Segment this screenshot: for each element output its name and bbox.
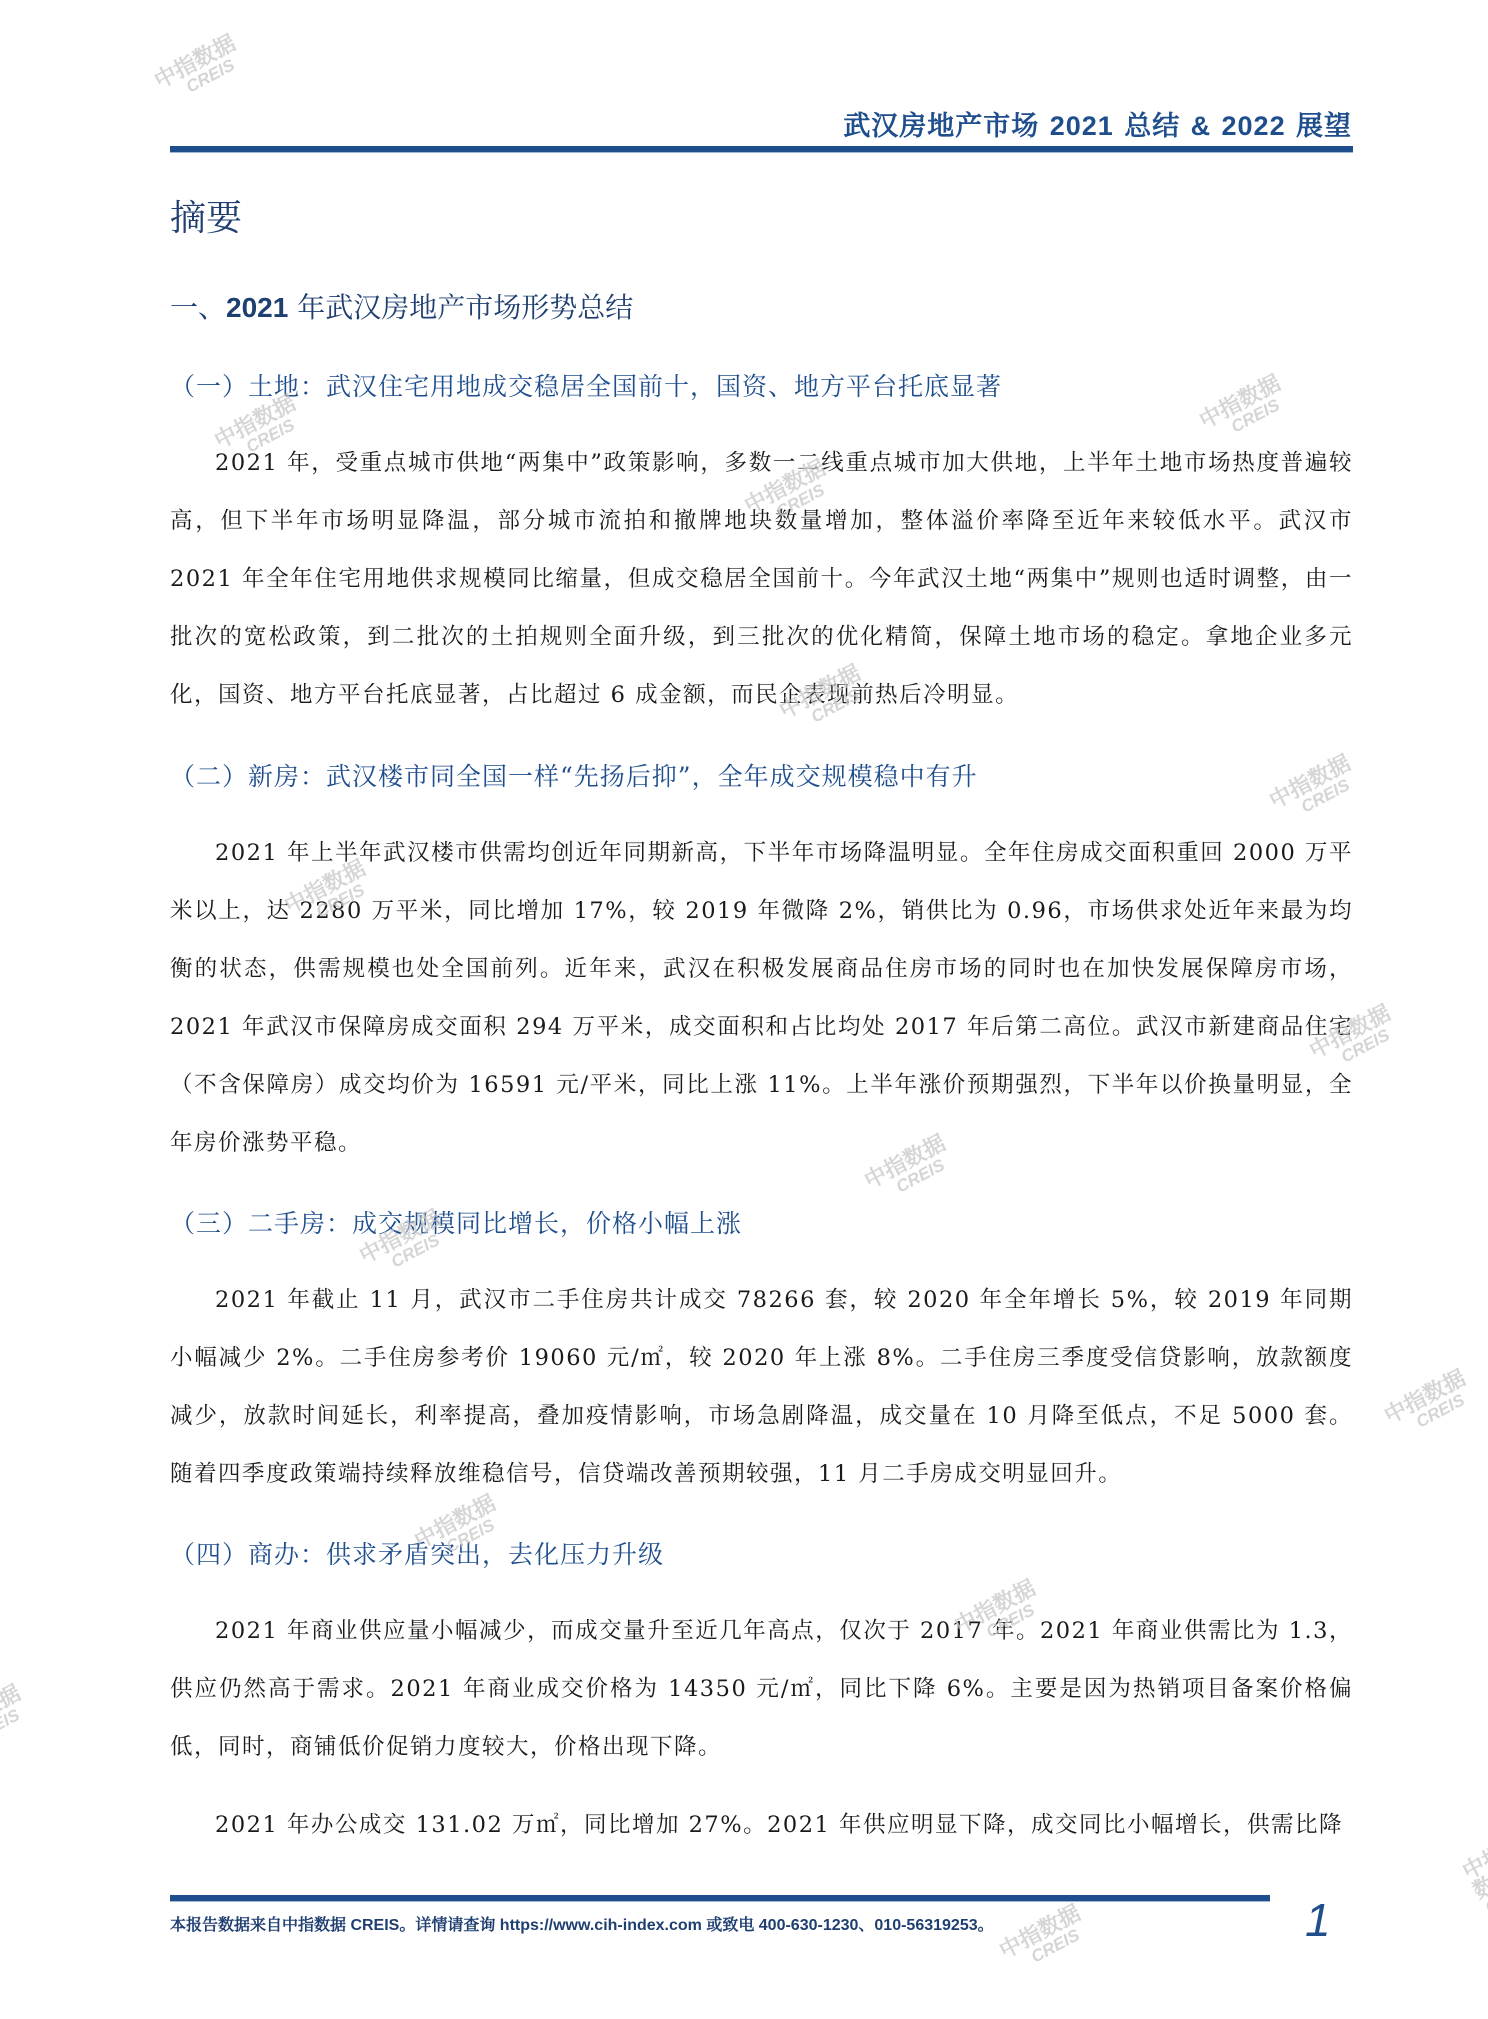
header-divider (170, 146, 1353, 152)
header-year-2021: 2021 (1050, 111, 1114, 141)
watermark-logo: 中指数据CREIS (1266, 752, 1362, 828)
section-year: 2021 (226, 292, 288, 323)
subsection-heading-resale: （三）二手房：成交规模同比增长，价格小幅上涨 (170, 1204, 742, 1240)
paragraph-new-homes: 2021 年上半年武汉楼市供需均创近年同期新高，下半年市场降温明显。全年住房成交… (170, 824, 1353, 1172)
footer-divider (170, 1895, 1270, 1901)
paragraph-land: 2021 年，受重点城市供地“两集中”政策影响，多数一二线重点城市加大供地，上半… (170, 434, 1353, 724)
page-number: 1 (1305, 1893, 1331, 1947)
watermark-logo: 中指数据CREIS (996, 1902, 1092, 1978)
subsection-heading-commercial-office: （四）商办：供求矛盾突出，去化压力升级 (170, 1535, 664, 1571)
header-ampersand: & (1191, 111, 1212, 141)
header-title-part: 总结 (1124, 111, 1180, 142)
paragraph-resale: 2021 年截止 11 月，武汉市二手住房共计成交 78266 套，较 2020… (170, 1271, 1353, 1503)
watermark-logo: 中指数据CREIS (1450, 1838, 1488, 1923)
header-title-part: 武汉房地产市场 (843, 111, 1039, 142)
section-heading-1: 一、2021 年武汉房地产市场形势总结 (170, 286, 633, 326)
watermark-logo: 中指数据CREIS (1381, 1367, 1477, 1443)
paragraph-commercial: 2021 年商业供应量小幅减少，而成交量升至近几年高点，仅次于 2017 年。2… (170, 1602, 1353, 1776)
paragraph-office: 2021 年办公成交 131.02 万㎡，同比增加 27%。2021 年供应明显… (170, 1796, 1353, 1854)
watermark-logo: 中指数据CREIS (0, 1682, 32, 1758)
watermark-logo: 中指数据CREIS (151, 32, 247, 108)
section-number: 一、 (170, 291, 226, 324)
footer-source-note: 本报告数据来自中指数据 CREIS。详情请查询 https://www.cih-… (170, 1912, 994, 1935)
running-header-title: 武汉房地产市场 2021 总结 & 2022 展望 (843, 104, 1352, 143)
subsection-heading-new-homes: （二）新房：武汉楼市同全国一样“先扬后抑”，全年成交规模稳中有升 (170, 757, 978, 793)
header-year-2022: 2022 (1222, 111, 1286, 141)
header-title-part: 展望 (1296, 111, 1352, 142)
section-title: 年武汉房地产市场形势总结 (297, 291, 633, 324)
page-title: 摘要 (170, 190, 242, 241)
subsection-heading-land: （一）土地：武汉住宅用地成交稳居全国前十，国资、地方平台托底显著 (170, 367, 1002, 403)
